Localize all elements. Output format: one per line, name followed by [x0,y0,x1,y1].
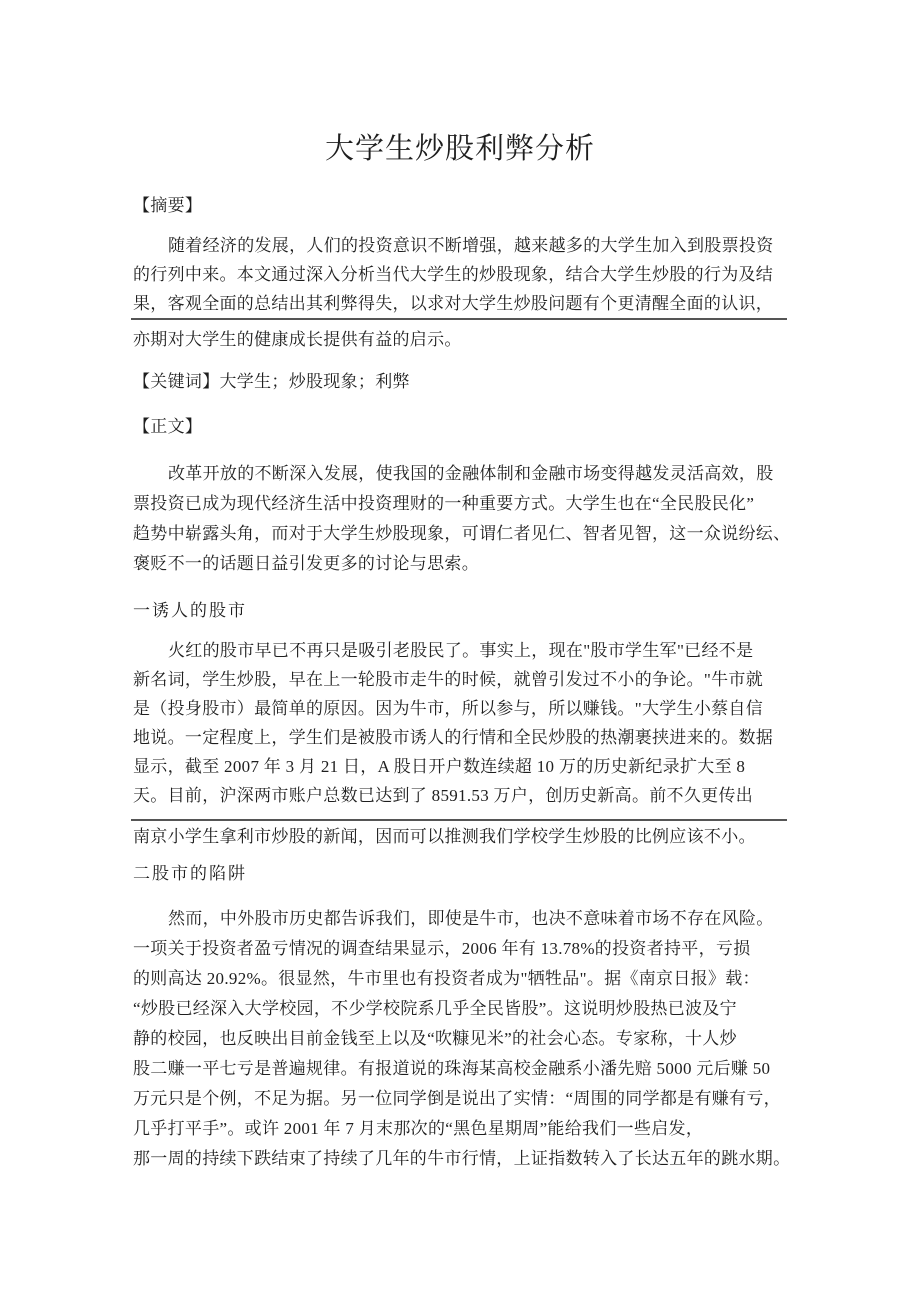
abstract-label: 【摘要】 [133,196,793,216]
document-title: 大学生炒股利弊分析 [0,126,920,167]
section2-line: 那一周的持续下跌结束了持续了几年的牛市行情，上证指数转入了长达五年的跳水期。 [133,1149,793,1169]
section1-line: 是（投身股市）最简单的原因。因为牛市，所以参与，所以赚钱。"大学生小蔡自信 [133,699,793,719]
section1-line: 显示，截至 2007 年 3 月 21 日，A 股日开户数连续超 10 万的历史… [133,757,793,777]
intro-line: 趋势中崭露头角，而对于大学生炒股现象，可谓仁者见仁、智者见智，这一众说纷纭、 [133,524,793,544]
abstract-line: 果，客观全面的总结出其利弊得失，以求对大学生炒股问题有个更清醒全面的认识， [133,294,793,314]
abstract-line: 亦期对大学生的健康成长提供有益的启示。 [133,330,793,350]
section2-line: 然而，中外股市历史都告诉我们，即使是牛市，也决不意味着市场不存在风险。 [133,909,828,929]
page-break-divider-1 [131,318,787,320]
section1-line: 地说。一定程度上，学生们是被股市诱人的行情和全民炒股的热潮裹挟进来的。数据 [133,728,793,748]
section2-line: “炒股已经深入大学校园，不少学校院系几乎全民皆股”。这说明炒股热已波及宁 [133,999,793,1019]
section2-line: 静的校园，也反映出目前金钱至上以及“吹糠见米”的社会心态。专家称，十人炒 [133,1029,793,1049]
section1-heading: 一诱人的股市 [133,601,793,621]
document-page: 大学生炒股利弊分析 【摘要】 随着经济的发展，人们的投资意识不断增强，越来越多的… [0,0,920,1303]
keywords-line: 【关键词】大学生；炒股现象；利弊 [133,372,793,392]
section1-line: 火红的股市早已不再只是吸引老股民了。事实上，现在"股市学生军"已经不是 [133,641,828,661]
body-label: 【正文】 [133,417,793,437]
page-break-divider-2 [131,819,787,821]
section1-line: 天。目前，沪深两市账户总数已达到了 8591.53 万户，创历史新高。前不久更传… [133,786,793,806]
intro-line: 改革开放的不断深入发展，使我国的金融体制和金融市场变得越发灵活高效，股 [133,464,828,484]
intro-line: 褒贬不一的话题日益引发更多的讨论与思索。 [133,554,793,574]
section2-line: 几乎打平手”。或许 2001 年 7 月末那次的“黑色星期周”能给我们一些启发， [133,1119,793,1139]
section1-line: 南京小学生拿利市炒股的新闻，因而可以推测我们学校学生炒股的比例应该不小。 [133,827,793,847]
section2-line: 万元只是个例，不足为据。另一位同学倒是说出了实情：“周围的同学都是有赚有亏， [133,1089,793,1109]
intro-line: 票投资已成为现代经济生活中投资理财的一种重要方式。大学生也在“全民股民化” [133,494,793,514]
section2-line: 股二赚一平七亏是普遍规律。有报道说的珠海某高校金融系小潘先赔 5000 元后赚 … [133,1059,793,1079]
section2-line: 一项关于投资者盈亏情况的调查结果显示，2006 年有 13.78%的投资者持平，… [133,939,793,959]
section1-line: 新名词，学生炒股，早在上一轮股市走牛的时候，就曾引发过不小的争论。"牛市就 [133,670,793,690]
section2-heading: 二股市的陷阱 [133,864,793,884]
section2-line: 的则高达 20.92%。很显然，牛市里也有投资者成为"牺牲品"。据《南京日报》载… [133,969,793,989]
abstract-line: 随着经济的发展，人们的投资意识不断增强，越来越多的大学生加入到股票投资 [133,236,828,256]
abstract-line: 的行列中来。本文通过深入分析当代大学生的炒股现象，结合大学生炒股的行为及结 [133,265,793,285]
